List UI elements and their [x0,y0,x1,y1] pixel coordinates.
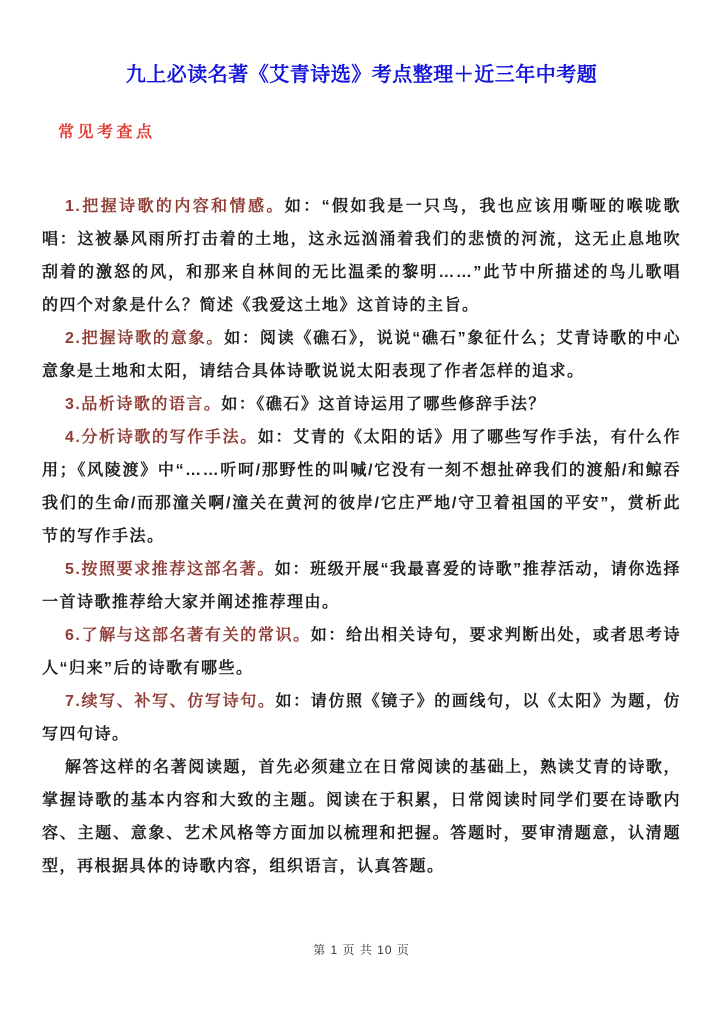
page-number: 第 1 页 共 10 页 [0,941,723,958]
document-page: 九上必读名著《艾青诗选》考点整理＋近三年中考题 常见考查点 1.把握诗歌的内容和… [0,0,723,1024]
paragraph-body: 如：《礁石》这首诗运用了哪些修辞手法？ [221,396,546,413]
paragraph-lead: 6.了解与这部名著有关的常识。 [65,627,311,644]
exam-point-paragraph-6: 6.了解与这部名著有关的常识。如：给出相关诗句，要求判断出处，或者思考诗人“归来… [42,619,681,685]
paragraph-lead: 7.续写、补写、仿写诗句。 [65,693,275,710]
closing-paragraph: 解答这样的名著阅读题，首先必须建立在日常阅读的基础上，熟读艾青的诗歌，掌握诗歌的… [42,751,681,883]
paragraph-lead: 1.把握诗歌的内容和情感。 [65,198,285,215]
exam-point-paragraph-3: 3.品析诗歌的语言。如：《礁石》这首诗运用了哪些修辞手法？ [42,388,681,421]
exam-point-paragraph-2: 2.把握诗歌的意象。如：阅读《礁石》，说说“礁石”象征什么；艾青诗歌的中心意象是… [42,322,681,388]
paragraph-lead: 4.分析诗歌的写作手法。 [65,429,258,446]
paragraph-body: 如：艾青的《太阳的话》用了哪些写作手法，有什么作用；《风陵渡》中“……听呵/那野… [42,429,681,545]
paragraph-body: 解答这样的名著阅读题，首先必须建立在日常阅读的基础上，熟读艾青的诗歌，掌握诗歌的… [42,759,681,875]
paragraph-lead: 3.品析诗歌的语言。 [65,396,221,413]
section-heading: 常见考查点 [58,122,723,144]
exam-point-paragraph-5: 5.按照要求推荐这部名著。如：班级开展“我最喜爱的诗歌”推荐活动，请你选择一首诗… [42,553,681,619]
exam-point-paragraph-7: 7.续写、补写、仿写诗句。如：请仿照《镜子》的画线句，以《太阳》为题，仿写四句诗… [42,685,681,751]
exam-point-paragraph-1: 1.把握诗歌的内容和情感。如：“假如我是一只鸟，我也应该用嘶哑的喉咙歌唱：这被暴… [42,190,681,322]
paragraph-lead: 5.按照要求推荐这部名著。 [65,561,275,578]
exam-point-paragraph-4: 4.分析诗歌的写作手法。如：艾青的《太阳的话》用了哪些写作手法，有什么作用；《风… [42,421,681,553]
paragraph-lead: 2.把握诗歌的意象。 [65,330,224,347]
document-title: 九上必读名著《艾青诗选》考点整理＋近三年中考题 [0,0,723,90]
paragraph-body: 如：“假如我是一只鸟，我也应该用嘶哑的喉咙歌唱：这被暴风雨所打击着的土地，这永远… [42,198,681,314]
document-body: 1.把握诗歌的内容和情感。如：“假如我是一只鸟，我也应该用嘶哑的喉咙歌唱：这被暴… [42,190,681,883]
